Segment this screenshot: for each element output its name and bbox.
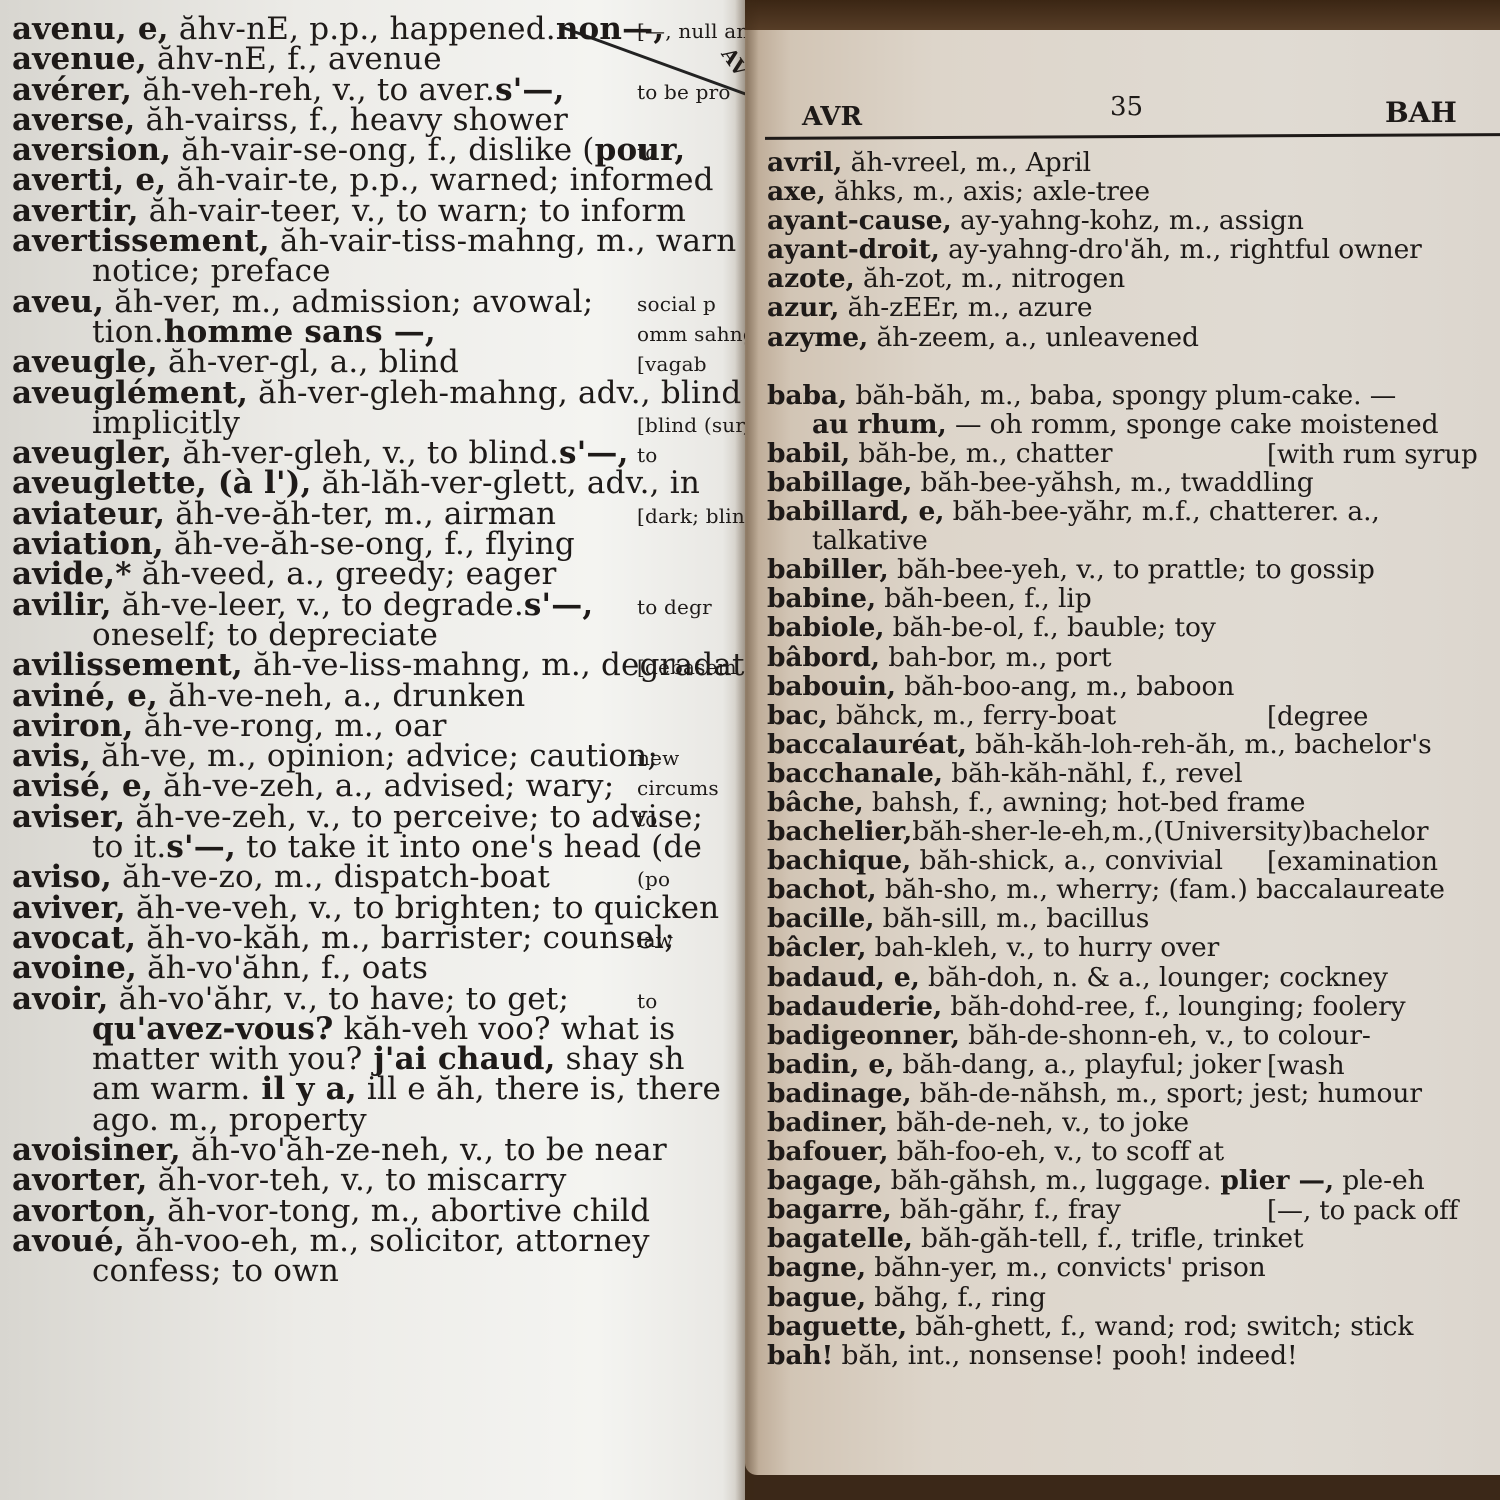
entry-continuation: oneself; to depreciate	[12, 620, 745, 650]
dictionary-entry: bafouer, băh-foo-eh, v., to scoff at	[767, 1137, 1500, 1166]
dictionary-entry: bagarre, băh-găhr, f., fray[—, to pack o…	[767, 1195, 1500, 1224]
margin-note: [wash	[1267, 1052, 1345, 1081]
definition-text: băh, int., nonsense! pooh! indeed!	[833, 1340, 1297, 1371]
definition-text: bah-bor, m., port	[880, 642, 1112, 673]
definition-text: băh-shick, a., convivial	[911, 845, 1223, 876]
headword: bâbord,	[767, 642, 880, 673]
headword: bagage,	[767, 1165, 882, 1196]
dictionary-entry: avocat, ăh-vo-kăh, m., barrister; counse…	[12, 923, 745, 953]
margin-note: to be pro	[637, 77, 731, 107]
headword: babouin,	[767, 671, 896, 702]
dictionary-entry: avoir, ăh-vo'ăhr, v., to have; to get;to	[12, 984, 745, 1014]
dictionary-entry: aviné, e, ăh-ve-neh, a., drunken	[12, 681, 745, 711]
definition-text: băh-găhsh, m., luggage.	[882, 1165, 1211, 1196]
headword: bachot,	[767, 874, 877, 905]
definition-text: ăh-vreel, m., April	[842, 147, 1091, 178]
gutter	[735, 0, 759, 1500]
dictionary-entry: avenue, ăhv-nE, f., avenue	[12, 44, 745, 74]
dictionary-entry: bachique, băh-shick, a., convivial[exami…	[767, 846, 1500, 875]
dictionary-entry: badinage, băh-de-năhsh, m., sport; jest;…	[767, 1079, 1500, 1108]
background-top	[745, 0, 1500, 34]
dictionary-entry: azyme, ăh-zeem, a., unleavened	[767, 323, 1500, 352]
dictionary-entry: avis, ăh-ve, m., opinion; advice; cautio…	[12, 741, 745, 771]
dictionary-entry: bâbord, bah-bor, m., port	[767, 643, 1500, 672]
dictionary-entry: bac, băhck, m., ferry-boat[degree	[767, 701, 1500, 730]
headword: badauderie,	[767, 991, 942, 1022]
guide-word-left: AVR	[802, 102, 862, 132]
dictionary-entry: avertissement, ăh-vair-tiss-mahng, m., w…	[12, 226, 745, 256]
headword: badaud, e,	[767, 962, 920, 993]
dictionary-entry: badigeonner, băh-de-shonn-eh, v., to col…	[767, 1021, 1500, 1050]
definition-text: băh-kăh-loh-reh-ăh, m., bachelor's	[967, 729, 1432, 760]
dictionary-entry: aviateur, ăh-ve-ăh-ter, m., airman[dark;…	[12, 499, 745, 529]
definition-text: băh-be-ol, f., bauble; toy	[884, 612, 1215, 643]
headword: bachique,	[767, 845, 911, 876]
definition-text: ăh-zeem, a., unleavened	[868, 322, 1199, 353]
definition-text: băh-găhr, f., fray	[892, 1194, 1121, 1225]
dictionary-entry: aveu, ăh-ver, m., admission; avowal;soci…	[12, 287, 745, 317]
dictionary-entry: baccalauréat, băh-kăh-loh-reh-ăh, m., ba…	[767, 730, 1500, 759]
headword: bague,	[767, 1282, 866, 1313]
definition-text: băh-bee-yăhr, m.f., chatterer. a.,	[944, 496, 1379, 527]
definition-text: băhg, f., ring	[866, 1282, 1046, 1313]
dictionary-entry: axe, ăhks, m., axis; axle-tree	[767, 177, 1500, 206]
dictionary-entry: azur, ăh-zEEr, m., azure	[767, 293, 1500, 322]
dictionary-entry: ayant-cause, ay-yahng-kohz, m., assign	[767, 206, 1500, 235]
section-gap	[767, 352, 1500, 381]
headword: babillage,	[767, 467, 912, 498]
phrase-definition: — oh romm, sponge cake moistened	[947, 409, 1439, 440]
dictionary-entry: babouin, băh-boo-ang, m., baboon	[767, 672, 1500, 701]
definition-text: băh-dohd-ree, f., lounging; foolery	[942, 991, 1405, 1022]
dictionary-entry: babiole, băh-be-ol, f., bauble; toy	[767, 613, 1500, 642]
margin-note: [degree	[1267, 703, 1368, 732]
dictionary-entry: bagatelle, băh-găh-tell, f., trifle, tri…	[767, 1224, 1500, 1253]
entry-continuation: confess; to own	[12, 1256, 745, 1286]
margin-note: law	[637, 925, 673, 955]
headword: badin, e,	[767, 1049, 894, 1080]
headword: aveu,	[12, 284, 104, 320]
dictionary-entry: avérer, ăh-veh-reh, v., to aver.s'—,to b…	[12, 75, 745, 105]
headword: badinage,	[767, 1078, 911, 1109]
entry-continuation: notice; preface	[12, 256, 745, 286]
dictionary-entry: badiner, băh-de-neh, v., to joke	[767, 1108, 1500, 1137]
definition-text: băh-sho, m., wherry; (fam.) baccalaureat…	[877, 874, 1445, 905]
definition-text: ăh-zot, m., nitrogen	[855, 263, 1125, 294]
definition-text: băh-sill, m., bacillus	[874, 903, 1149, 934]
dictionary-entry: bachot, băh-sho, m., wherry; (fam.) bacc…	[767, 875, 1500, 904]
headword: bacchanale,	[767, 758, 943, 789]
headword: baguette,	[767, 1311, 907, 1342]
phrase-headword: plier —,	[1211, 1165, 1334, 1196]
headword: babil,	[767, 438, 850, 469]
definition-text: băh-de-neh, v., to joke	[888, 1107, 1189, 1138]
headword: bah!	[767, 1340, 833, 1371]
right-page: AVR 35 BAH avril, ăh-vreel, m., Aprilaxe…	[745, 30, 1500, 1475]
dictionary-entry: bagage, băh-găhsh, m., luggage. plier —,…	[767, 1166, 1500, 1195]
headword: avril,	[767, 147, 842, 178]
dictionary-entry: avide,* ăh-veed, a., greedy; eager	[12, 559, 745, 589]
guide-word-right: BAH	[1385, 96, 1457, 129]
entry-continuation: ago. m., property	[12, 1105, 745, 1135]
dictionary-entry: bachelier,băh-sher-le-eh,m.,(University)…	[767, 817, 1500, 846]
definition-text: ay-yahng-dro'ăh, m., rightful owner	[940, 234, 1422, 265]
headword: badiner,	[767, 1107, 888, 1138]
dictionary-entry: baguette, băh-ghett, f., wand; rod; swit…	[767, 1312, 1500, 1341]
dictionary-entry: badaud, e, băh-doh, n. & a., lounger; co…	[767, 963, 1500, 992]
headword: bagarre,	[767, 1194, 892, 1225]
definition-text: băh-sher-le-eh,m.,(University)bachelor	[912, 816, 1428, 847]
margin-note: [debasem	[637, 652, 737, 682]
margin-note: [—, to pack off	[1267, 1197, 1458, 1226]
dictionary-entry: bah! băh, int., nonsense! pooh! indeed!	[767, 1341, 1500, 1370]
entry-continuation: talkative	[767, 526, 1500, 555]
margin-note: [—, null and v	[637, 16, 745, 46]
dictionary-entry: baba, băh-băh, m., baba, spongy plum-cak…	[767, 381, 1500, 410]
definition-text: ăh-ver-gleh-mahng, adv., blind	[248, 375, 741, 411]
definition-text: băh-bee-yeh, v., to prattle; to gossip	[889, 554, 1375, 585]
dictionary-entry: babillage, băh-bee-yăhsh, m., twaddling	[767, 468, 1500, 497]
definition-text: băh-been, f., lip	[876, 583, 1092, 614]
definition-text: confess; to own	[92, 1253, 339, 1289]
phrase-headword: au rhum,	[812, 409, 947, 440]
dictionary-entry: babine, băh-been, f., lip	[767, 584, 1500, 613]
headword: azote,	[767, 263, 855, 294]
dictionary-entry: ayant-droit, ay-yahng-dro'ăh, m., rightf…	[767, 235, 1500, 264]
headword: baba,	[767, 380, 847, 411]
headword: bacille,	[767, 903, 874, 934]
headword: babine,	[767, 583, 876, 614]
definition-text: băh-ghett, f., wand; rod; switch; stick	[907, 1311, 1413, 1342]
margin-note: [with rum syrup	[1267, 441, 1478, 470]
dictionary-entry: aversion, ăh-vair-se-ong, f., dislike (p…	[12, 135, 745, 165]
definition-text: bahsh, f., awning; hot-bed frame	[864, 787, 1306, 818]
phrase-definition: ill e ăh, there is, there	[357, 1071, 721, 1107]
entry-continuation: matter with you? j'ai chaud, shay sh	[12, 1044, 745, 1074]
definition-text: ay-yahng-kohz, m., assign	[952, 205, 1304, 236]
definition-text: ăh-zEEr, m., azure	[839, 292, 1092, 323]
dictionary-entry: bacchanale, băh-kăh-năhl, f., revel	[767, 759, 1500, 788]
headword: bafouer,	[767, 1136, 888, 1167]
headword: babiole,	[767, 612, 884, 643]
headword: bac,	[767, 700, 828, 731]
dictionary-entry: azote, ăh-zot, m., nitrogen	[767, 264, 1500, 293]
dictionary-entry: badin, e, băh-dang, a., playful; joker[w…	[767, 1050, 1500, 1079]
right-page-header: AVR 35 BAH	[745, 92, 1500, 132]
dictionary-entry: aviso, ăh-ve-zo, m., dispatch-boat(po	[12, 862, 745, 892]
dictionary-entry: badauderie, băh-dohd-ree, f., lounging; …	[767, 992, 1500, 1021]
definition-text: băh-foo-eh, v., to scoff at	[888, 1136, 1224, 1167]
margin-note: [blind (sur,	[637, 410, 745, 440]
definition-text: ăh-vair-tiss-mahng, m., warn	[270, 223, 737, 259]
right-entry-list: avril, ăh-vreel, m., Aprilaxe, ăhks, m.,…	[767, 148, 1500, 1370]
dictionary-entry: avenu, e, ăhv-nE, p.p., happened.non—,[—…	[12, 14, 745, 44]
dictionary-entry: babiller, băh-bee-yeh, v., to prattle; t…	[767, 555, 1500, 584]
dictionary-entry: bâche, bahsh, f., awning; hot-bed frame	[767, 788, 1500, 817]
dictionary-entry: avril, ăh-vreel, m., April	[767, 148, 1500, 177]
entry-continuation: au rhum, — oh romm, sponge cake moistene…	[767, 410, 1500, 439]
definition-text: bah-kleh, v., to hurry over	[866, 932, 1219, 963]
headword: bagne,	[767, 1252, 866, 1283]
headword: axe,	[767, 176, 826, 207]
headword: bachelier,	[767, 816, 912, 847]
dictionary-entry: avorter, ăh-vor-teh, v., to miscarry	[12, 1165, 745, 1195]
dictionary-entry: avilissement, ăh-ve-liss-mahng, m., degr…	[12, 650, 745, 680]
headword: bâche,	[767, 787, 864, 818]
definition-text: băhn-yer, m., convicts' prison	[866, 1252, 1266, 1283]
dictionary-entry: aveugler, ăh-ver-gleh, v., to blind.s'—,…	[12, 438, 745, 468]
dictionary-entry: avoisiner, ăh-vo'ăh-ze-neh, v., to be ne…	[12, 1135, 745, 1165]
dictionary-entry: avoine, ăh-vo'ăhn, f., oats	[12, 953, 745, 983]
margin-note: new	[637, 743, 679, 773]
definition-text: băh-de-năhsh, m., sport; jest; humour	[911, 1078, 1422, 1109]
dictionary-entry: aveuglette, (à l'), ăh-lăh-ver-glett, ad…	[12, 468, 745, 498]
phrase-headword: s'—,	[524, 587, 594, 623]
dictionary-entry: babillard, e, băh-bee-yăhr, m.f., chatte…	[767, 497, 1500, 526]
entry-continuation: qu'avez-vous? kăh-veh voo? what is	[12, 1014, 745, 1044]
dictionary-entry: aveuglément, ăh-ver-gleh-mahng, adv., bl…	[12, 378, 745, 408]
dictionary-entry: bacille, băh-sill, m., bacillus	[767, 904, 1500, 933]
dictionary-entry: aviron, ăh-ve-rong, m., oar	[12, 711, 745, 741]
phrase-definition: ple-eh	[1334, 1165, 1425, 1196]
dictionary-entry: aviation, ăh-ve-ăh-se-ong, f., flying	[12, 529, 745, 559]
headword: babillard, e,	[767, 496, 944, 527]
headword: baccalauréat,	[767, 729, 967, 760]
dictionary-entry: avilir, ăh-ve-leer, v., to degrade.s'—,t…	[12, 590, 745, 620]
dictionary-photo: AV avenu, e, ăhv-nE, p.p., happened.non—…	[0, 0, 1500, 1500]
definition-text: băh-doh, n. & a., lounger; cockney	[920, 962, 1388, 993]
headword: ayant-droit,	[767, 234, 940, 265]
dictionary-entry: avoué, ăh-voo-eh, m., solicitor, attorne…	[12, 1226, 745, 1256]
dictionary-entry: bagne, băhn-yer, m., convicts' prison	[767, 1253, 1500, 1282]
dictionary-entry: avertir, ăh-vair-teer, v., to warn; to i…	[12, 196, 745, 226]
entry-continuation: tion.homme sans —,omm sahng z	[12, 317, 745, 347]
entry-continuation: to it.s'—, to take it into one's head (d…	[12, 832, 745, 862]
dictionary-entry: avisé, e, ăh-ve-zeh, a., advised; wary;c…	[12, 771, 745, 801]
headword: bâcler,	[767, 932, 866, 963]
margin-note: social p	[637, 289, 716, 319]
definition-text: băh-kăh-năhl, f., revel	[943, 758, 1243, 789]
definition-text: băh-găh-tell, f., trifle, trinket	[913, 1223, 1304, 1254]
margin-note: to degr	[637, 592, 712, 622]
dictionary-entry: bâcler, bah-kleh, v., to hurry over	[767, 933, 1500, 962]
dictionary-entry: averti, e, ăh-vair-te, p.p., warned; inf…	[12, 165, 745, 195]
headword: ayant-cause,	[767, 205, 952, 236]
definition-text: băh-bee-yăhsh, m., twaddling	[912, 467, 1313, 498]
margin-note: [dark; blin	[637, 501, 745, 531]
definition-text: băh-dang, a., playful; joker	[894, 1049, 1261, 1080]
page-number: 35	[1110, 92, 1143, 122]
headword: babiller,	[767, 554, 889, 585]
dictionary-entry: aviver, ăh-ve-veh, v., to brighten; to q…	[12, 893, 745, 923]
dictionary-entry: babil, băh-be, m., chatter[with rum syru…	[767, 439, 1500, 468]
dictionary-entry: avorton, ăh-vor-tong, m., abortive child	[12, 1196, 745, 1226]
dictionary-entry: averse, ăh-vairss, f., heavy shower	[12, 105, 745, 135]
definition-text: talkative	[812, 525, 928, 556]
entry-continuation: implicitly[blind (sur,	[12, 408, 745, 438]
definition-text: băh-be, m., chatter	[850, 438, 1112, 469]
left-page: AV avenu, e, ăhv-nE, p.p., happened.non—…	[0, 0, 745, 1500]
definition-text: băh-de-shonn-eh, v., to colour-	[960, 1020, 1371, 1051]
dictionary-entry: aviser, ăh-ve-zeh, v., to perceive; to a…	[12, 802, 745, 832]
definition-text: băh-boo-ang, m., baboon	[896, 671, 1234, 702]
left-entry-list: avenu, e, ăhv-nE, p.p., happened.non—,[—…	[12, 14, 745, 1286]
dictionary-entry: bague, băhg, f., ring	[767, 1283, 1500, 1312]
definition-text: băh-băh, m., baba, spongy plum-cake. —	[847, 380, 1396, 411]
entry-continuation: am warm. il y a, ill e ăh, there is, the…	[12, 1074, 745, 1104]
headword: badigeonner,	[767, 1020, 960, 1051]
definition-text: ăhks, m., axis; axle-tree	[826, 176, 1150, 207]
headword: bagatelle,	[767, 1223, 913, 1254]
margin-note: [examination	[1267, 848, 1438, 877]
dictionary-entry: aveugle, ăh-ver-gl, a., blind[vagab	[12, 347, 745, 377]
definition-text: băhck, m., ferry-boat	[828, 700, 1116, 731]
headword: azur,	[767, 292, 839, 323]
header-rule	[765, 133, 1500, 140]
headword: azyme,	[767, 322, 868, 353]
margin-note: omm sahng z	[637, 319, 745, 349]
